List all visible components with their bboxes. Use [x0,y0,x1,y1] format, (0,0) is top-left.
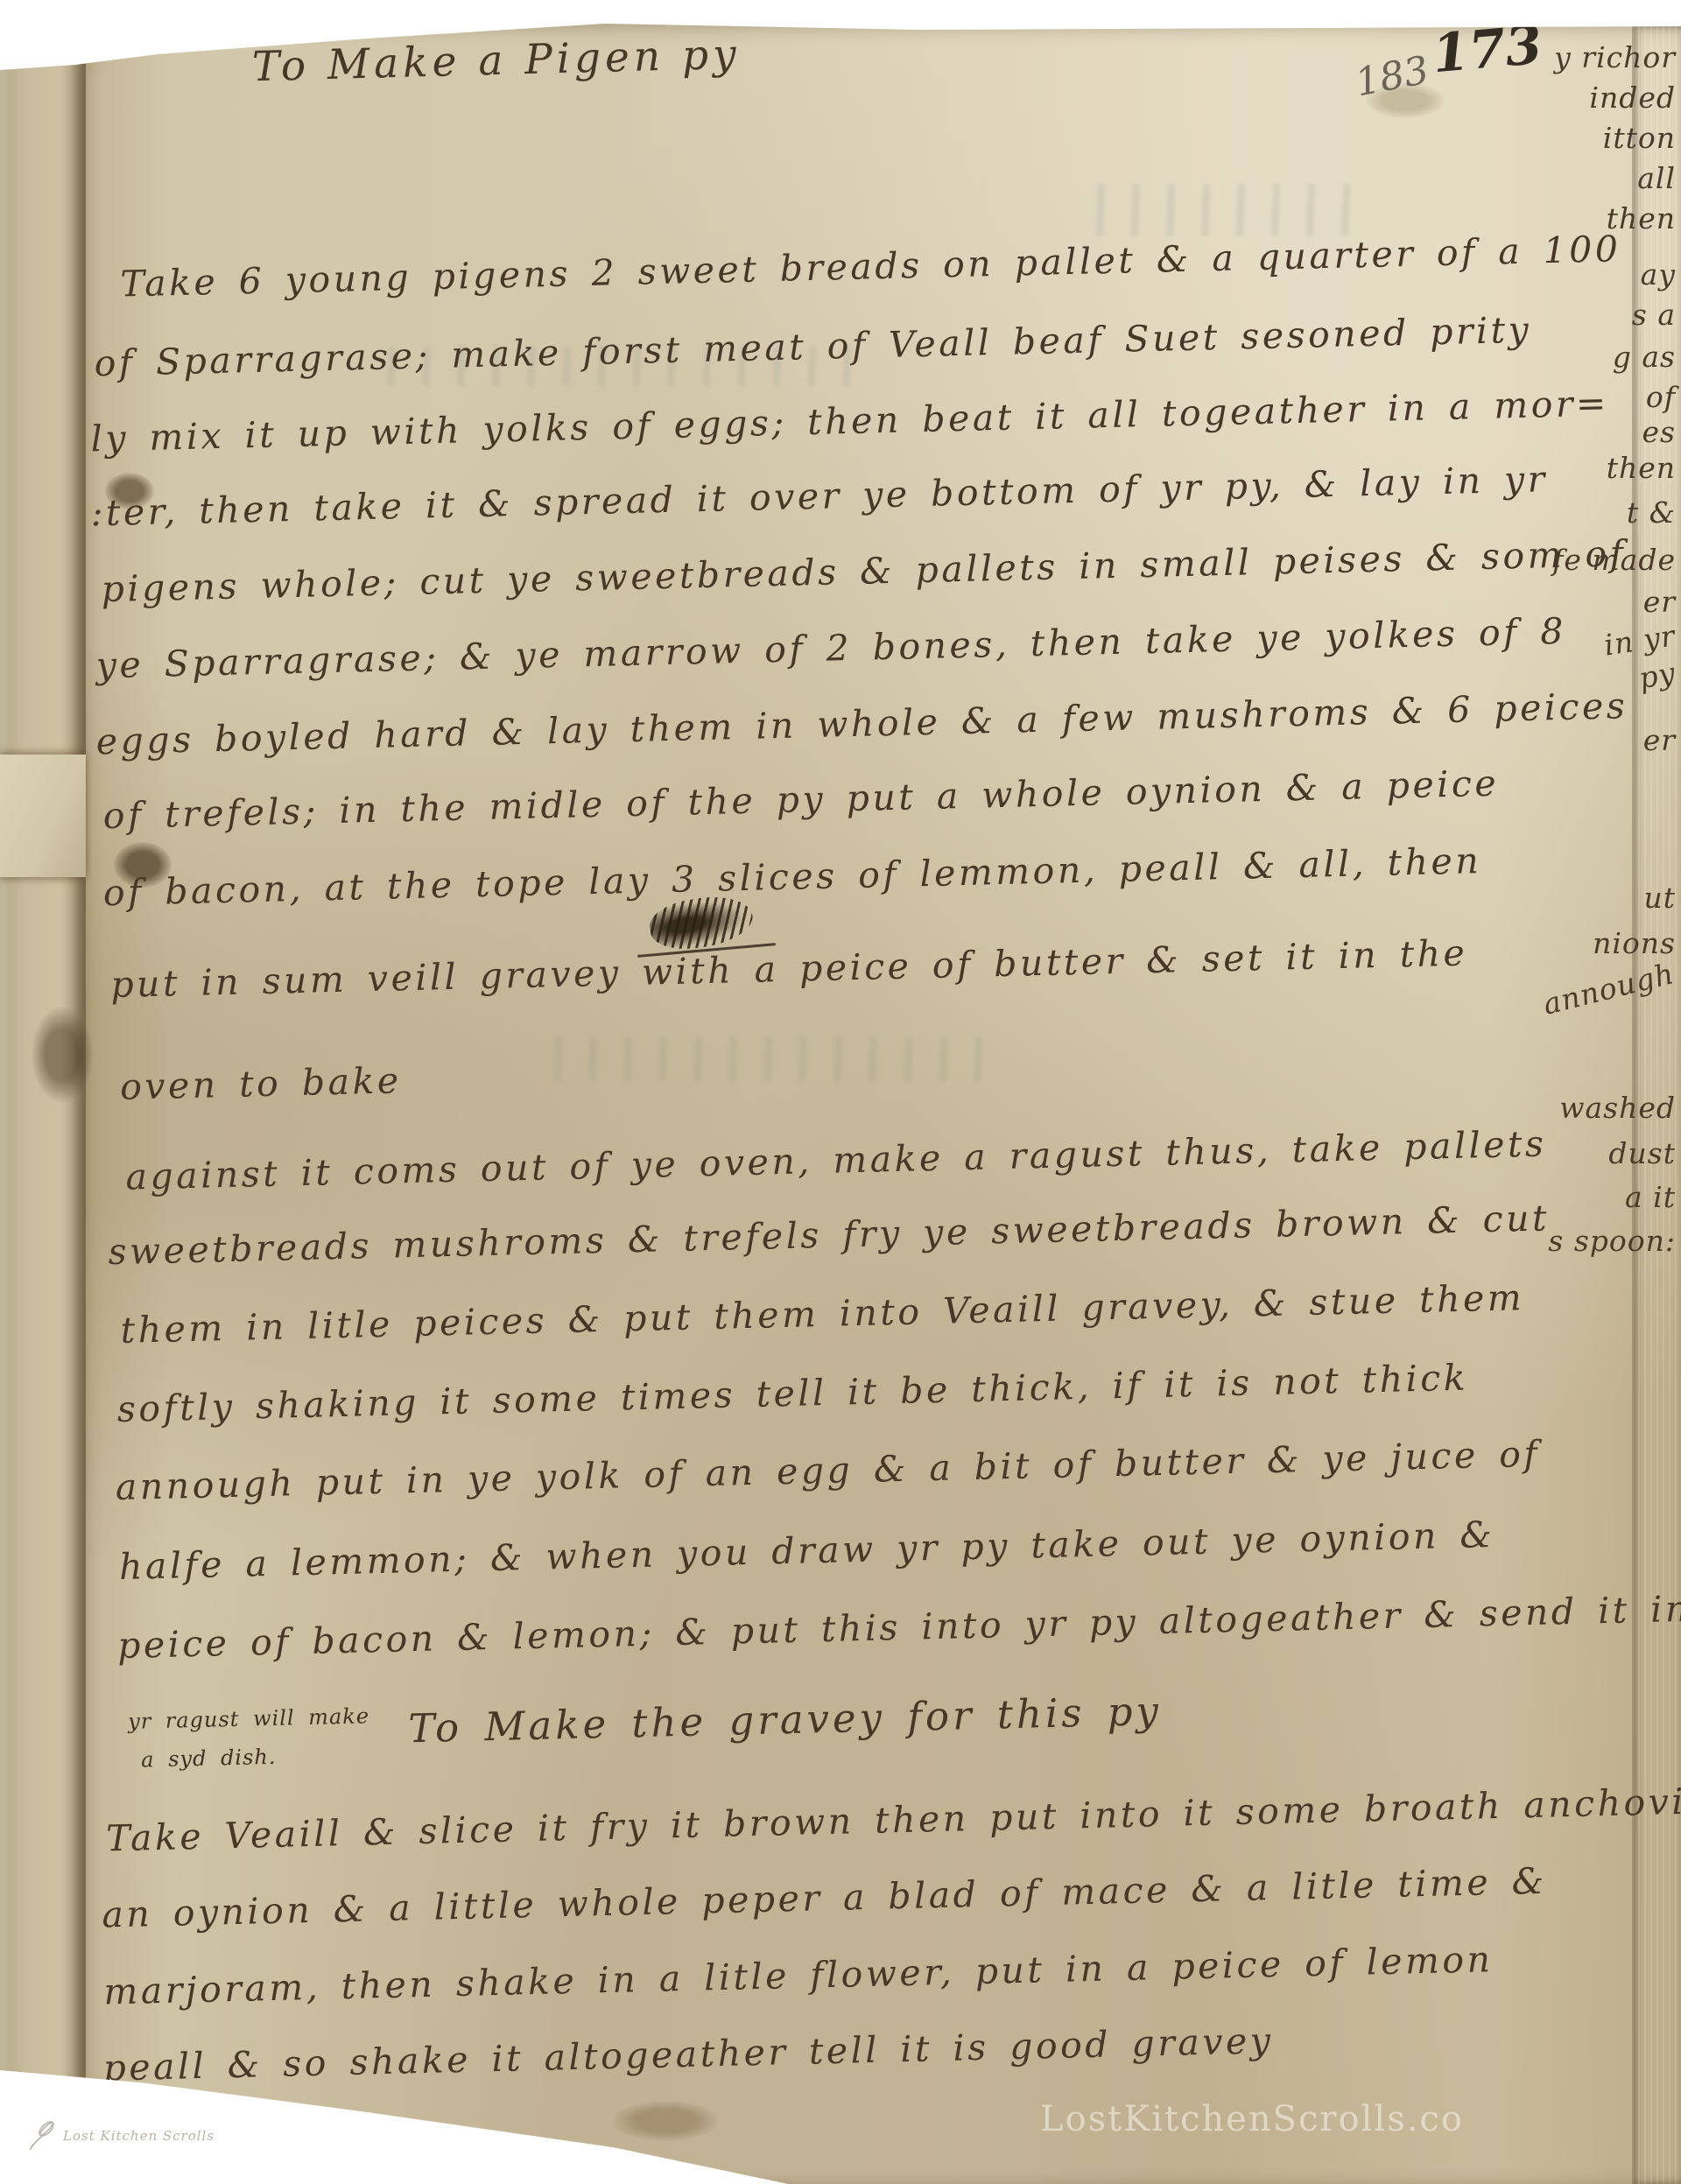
ink-stain [32,1007,93,1103]
recipe-line: halfe a lemmon; & when you draw yr py ta… [118,1513,1495,1588]
recipe-body: Take 6 young pigens 2 sweet breads on pa… [79,0,1681,2184]
recipe-line: eggs boyled hard & lay them in whole & a… [95,685,1628,762]
recipe-line: an oynion & a little whole peper a blad … [102,1860,1547,1936]
manuscript-scan: y richor inded itton all then ay s a g a… [0,0,1681,2184]
recipe-line: against it coms out of ye oven, make a r… [125,1122,1547,1197]
recipe-line: them in litle peices & put them into Vea… [120,1276,1524,1352]
recipe-subheading: To Make the gravey for this py [408,1688,1163,1752]
recipe-line: marjoram, then shake in a litle flower, … [103,1938,1494,2012]
margin-note-line: yr ragust will make [128,1703,369,1733]
watermark: LostKitchenScrolls.co [1040,2099,1464,2139]
recipe-line: of trefels; in the midle of the py put a… [102,762,1499,838]
recipe-line: peall & so shake it altogeather tell it … [102,2019,1274,2089]
recipe-line: annough put in ye yolk of an egg & a bit… [115,1433,1540,1508]
recipe-line: Take 6 young pigens 2 sweet breads on pa… [120,228,1621,305]
previous-page-fold [0,755,86,877]
recipe-line: softly shaking it some times tell it be … [116,1357,1468,1430]
recipe-line: pigens whole; cut ye sweetbreads & palle… [101,532,1627,610]
recipe-line: of bacon, at the tope lay 3 slices of le… [102,839,1481,914]
recipe-line: :ter, then take it & spread it over ye b… [90,458,1548,534]
site-logo-text: Lost Kitchen Scrolls [63,2128,215,2144]
margin-note-line: a syd dish. [141,1745,277,1773]
whisk-icon [26,2117,56,2155]
recipe-line: peice of bacon & lemon; & put this into … [117,1588,1681,1667]
recipe-line: put in sum veill gravey with a peice of … [110,932,1468,1007]
recipe-line: oven to bake [120,1059,403,1108]
recipe-line: sweetbreads mushroms & trefels fry ye sw… [108,1197,1551,1273]
recipe-line: Take Veaill & slice it fry it brown then… [106,1780,1681,1860]
recipe-line: ye Sparragrase; & ye marrow of 2 bones, … [95,610,1566,687]
recipe-line: of Sparragrase; make forst meat of Veall… [94,309,1532,385]
recipe-line: ly mix it up with yolks of eggs; then be… [90,383,1609,460]
site-logo: Lost Kitchen Scrolls [26,2117,215,2155]
